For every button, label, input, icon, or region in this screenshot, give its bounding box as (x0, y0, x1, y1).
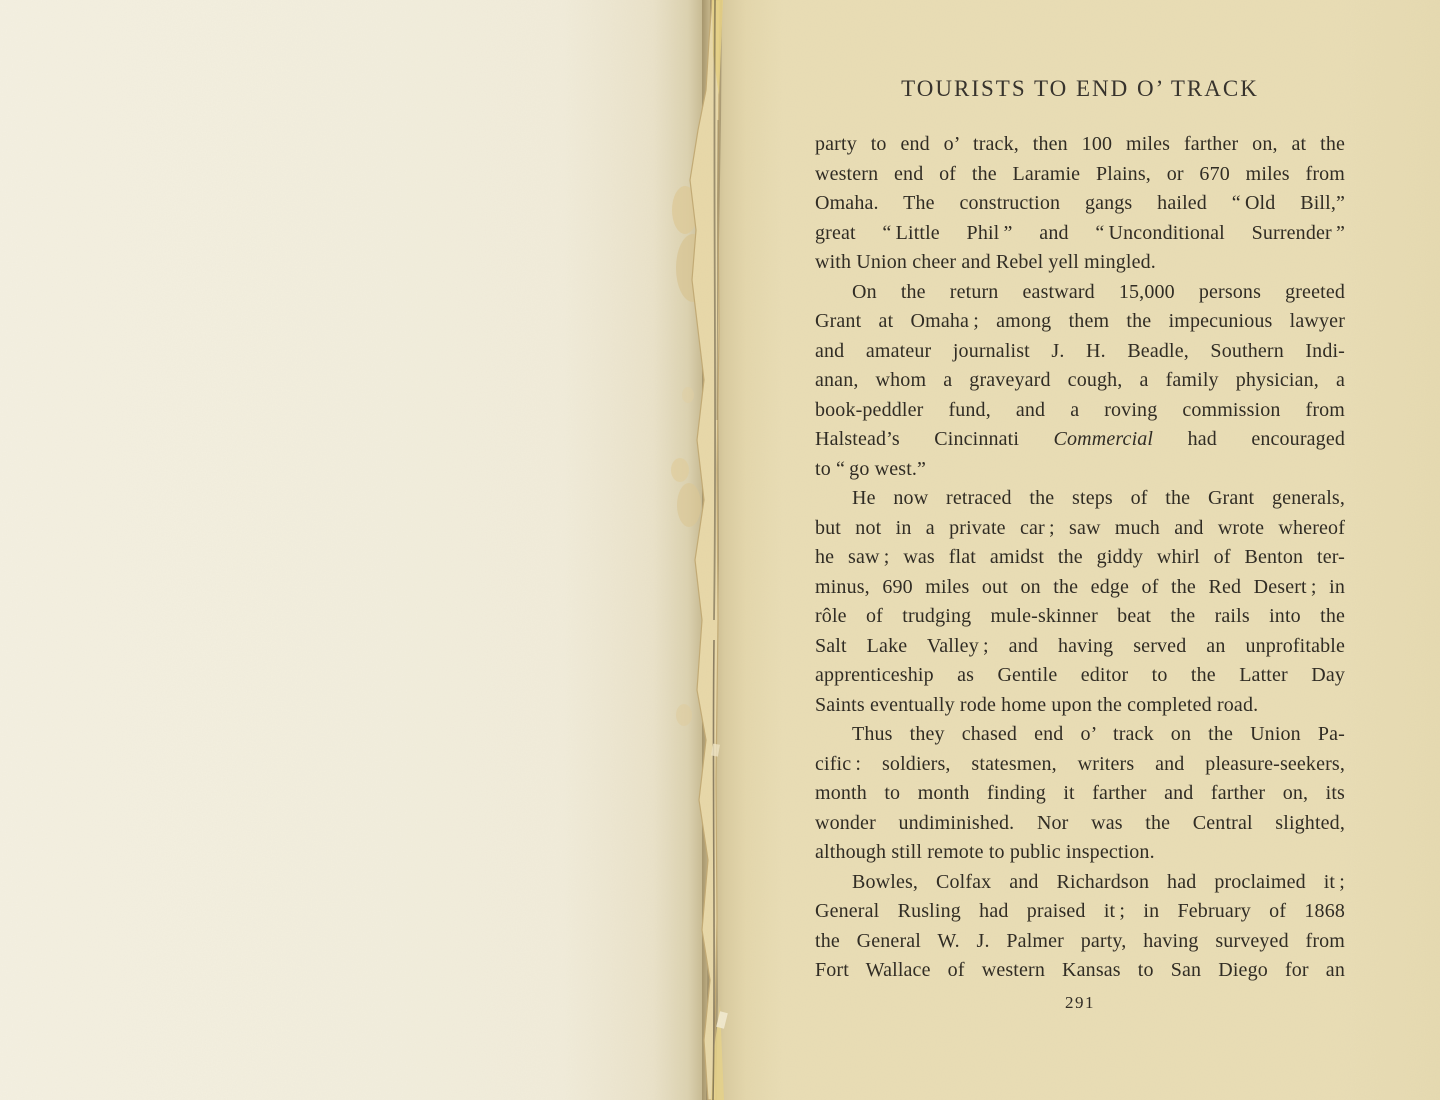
stain-blob (682, 387, 694, 403)
text-line: great “ Little Phil ” and “ Unconditiona… (815, 219, 1345, 249)
text-line: minus, 690 miles out on the edge of the … (815, 573, 1345, 603)
text-block: party to end o’ track, then 100 miles fa… (815, 130, 1345, 986)
text-line: Saints eventually rode home upon the com… (815, 691, 1345, 721)
text-line: wonder undiminished. Nor was the Central… (815, 809, 1345, 839)
text-line: although still remote to public inspecti… (815, 838, 1345, 868)
text-line: western end of the Laramie Plains, or 67… (815, 160, 1345, 190)
text-line: but not in a private car ; saw much and … (815, 514, 1345, 544)
crease-line (714, 0, 715, 620)
gutter-torn-page-edge (668, 0, 748, 1100)
text-line: party to end o’ track, then 100 miles fa… (815, 130, 1345, 160)
text-line: the General W. J. Palmer party, having s… (815, 927, 1345, 957)
left-blank-page (0, 0, 702, 1100)
text-line: General Rusling had praised it ; in Febr… (815, 897, 1345, 927)
text-line: book-peddler fund, and a roving commissi… (815, 396, 1345, 426)
text-line: rôle of trudging mule-skinner beat the r… (815, 602, 1345, 632)
text-line: anan, whom a graveyard cough, a family p… (815, 366, 1345, 396)
text-line: and amateur journalist J. H. Beadle, Sou… (815, 337, 1345, 367)
text-line: Bowles, Colfax and Richardson had procla… (815, 868, 1345, 898)
stain-blob (676, 704, 692, 726)
text-line: he saw ; was flat amidst the giddy whirl… (815, 543, 1345, 573)
stain-blob (677, 483, 701, 527)
text-line: On the return eastward 15,000 persons gr… (815, 278, 1345, 308)
text-line: Salt Lake Valley ; and having served an … (815, 632, 1345, 662)
book-spread: TOURISTS TO END O’ TRACK party to end o’… (0, 0, 1440, 1100)
text-line: apprenticeship as Gentile editor to the … (815, 661, 1345, 691)
text-line: He now retraced the steps of the Grant g… (815, 484, 1345, 514)
text-line: Halstead’s Cincinnati Commercial had enc… (815, 425, 1345, 455)
text-line: with Union cheer and Rebel yell mingled. (815, 248, 1345, 278)
running-head: TOURISTS TO END O’ TRACK (815, 76, 1345, 102)
text-line: Grant at Omaha ; among them the impecuni… (815, 307, 1345, 337)
text-line: Omaha. The construction gangs hailed “ O… (815, 189, 1345, 219)
paper-chip (716, 1011, 728, 1028)
stain-blob (671, 458, 689, 482)
text-line: Fort Wallace of western Kansas to San Di… (815, 956, 1345, 986)
crease-line (713, 640, 714, 1100)
text-line: Thus they chased end o’ track on the Uni… (815, 720, 1345, 750)
text-line: to “ go west.” (815, 455, 1345, 485)
text-line: month to month finding it farther and fa… (815, 779, 1345, 809)
text-line: cific : soldiers, statesmen, writers and… (815, 750, 1345, 780)
page-number: 291 (815, 993, 1345, 1013)
